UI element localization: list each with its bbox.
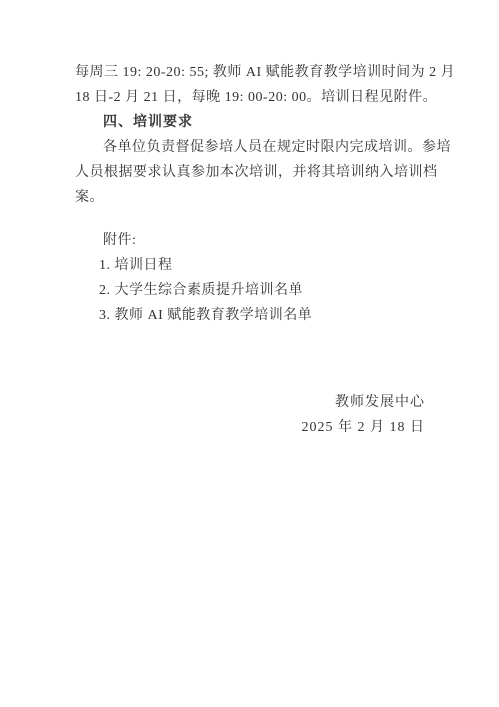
attachments-label: 附件:: [75, 228, 425, 253]
signature-block: 教师发展中心 2025 年 2 月 18 日: [75, 390, 425, 440]
document-page: 每周三 19: 20-20: 55; 教师 AI 赋能教育教学培训时间为 2 月…: [0, 0, 499, 707]
intro-paragraph-line-1: 每周三 19: 20-20: 55; 教师 AI 赋能教育教学培训时间为 2 月: [75, 60, 425, 85]
requirements-paragraph-line-1: 各单位负责督促参培人员在规定时限内完成培训。参培: [75, 135, 425, 160]
section-heading: 四、培训要求: [75, 110, 425, 135]
requirements-paragraph-line-2: 人员根据要求认真参加本次培训，并将其培训纳入培训档: [75, 160, 425, 185]
signature-issuer: 教师发展中心: [75, 390, 425, 415]
signature-date: 2025 年 2 月 18 日: [75, 415, 425, 440]
attachment-item-2: 2. 大学生综合素质提升培训名单: [75, 278, 425, 303]
requirements-paragraph-line-3: 案。: [75, 185, 425, 210]
attachment-item-3: 3. 教师 AI 赋能教育教学培训名单: [75, 303, 425, 328]
attachment-item-1: 1. 培训日程: [75, 253, 425, 278]
document-body: 每周三 19: 20-20: 55; 教师 AI 赋能教育教学培训时间为 2 月…: [75, 60, 425, 440]
intro-paragraph-line-2: 18 日-2 月 21 日，每晚 19: 00-20: 00。培训日程见附件。: [75, 85, 425, 110]
